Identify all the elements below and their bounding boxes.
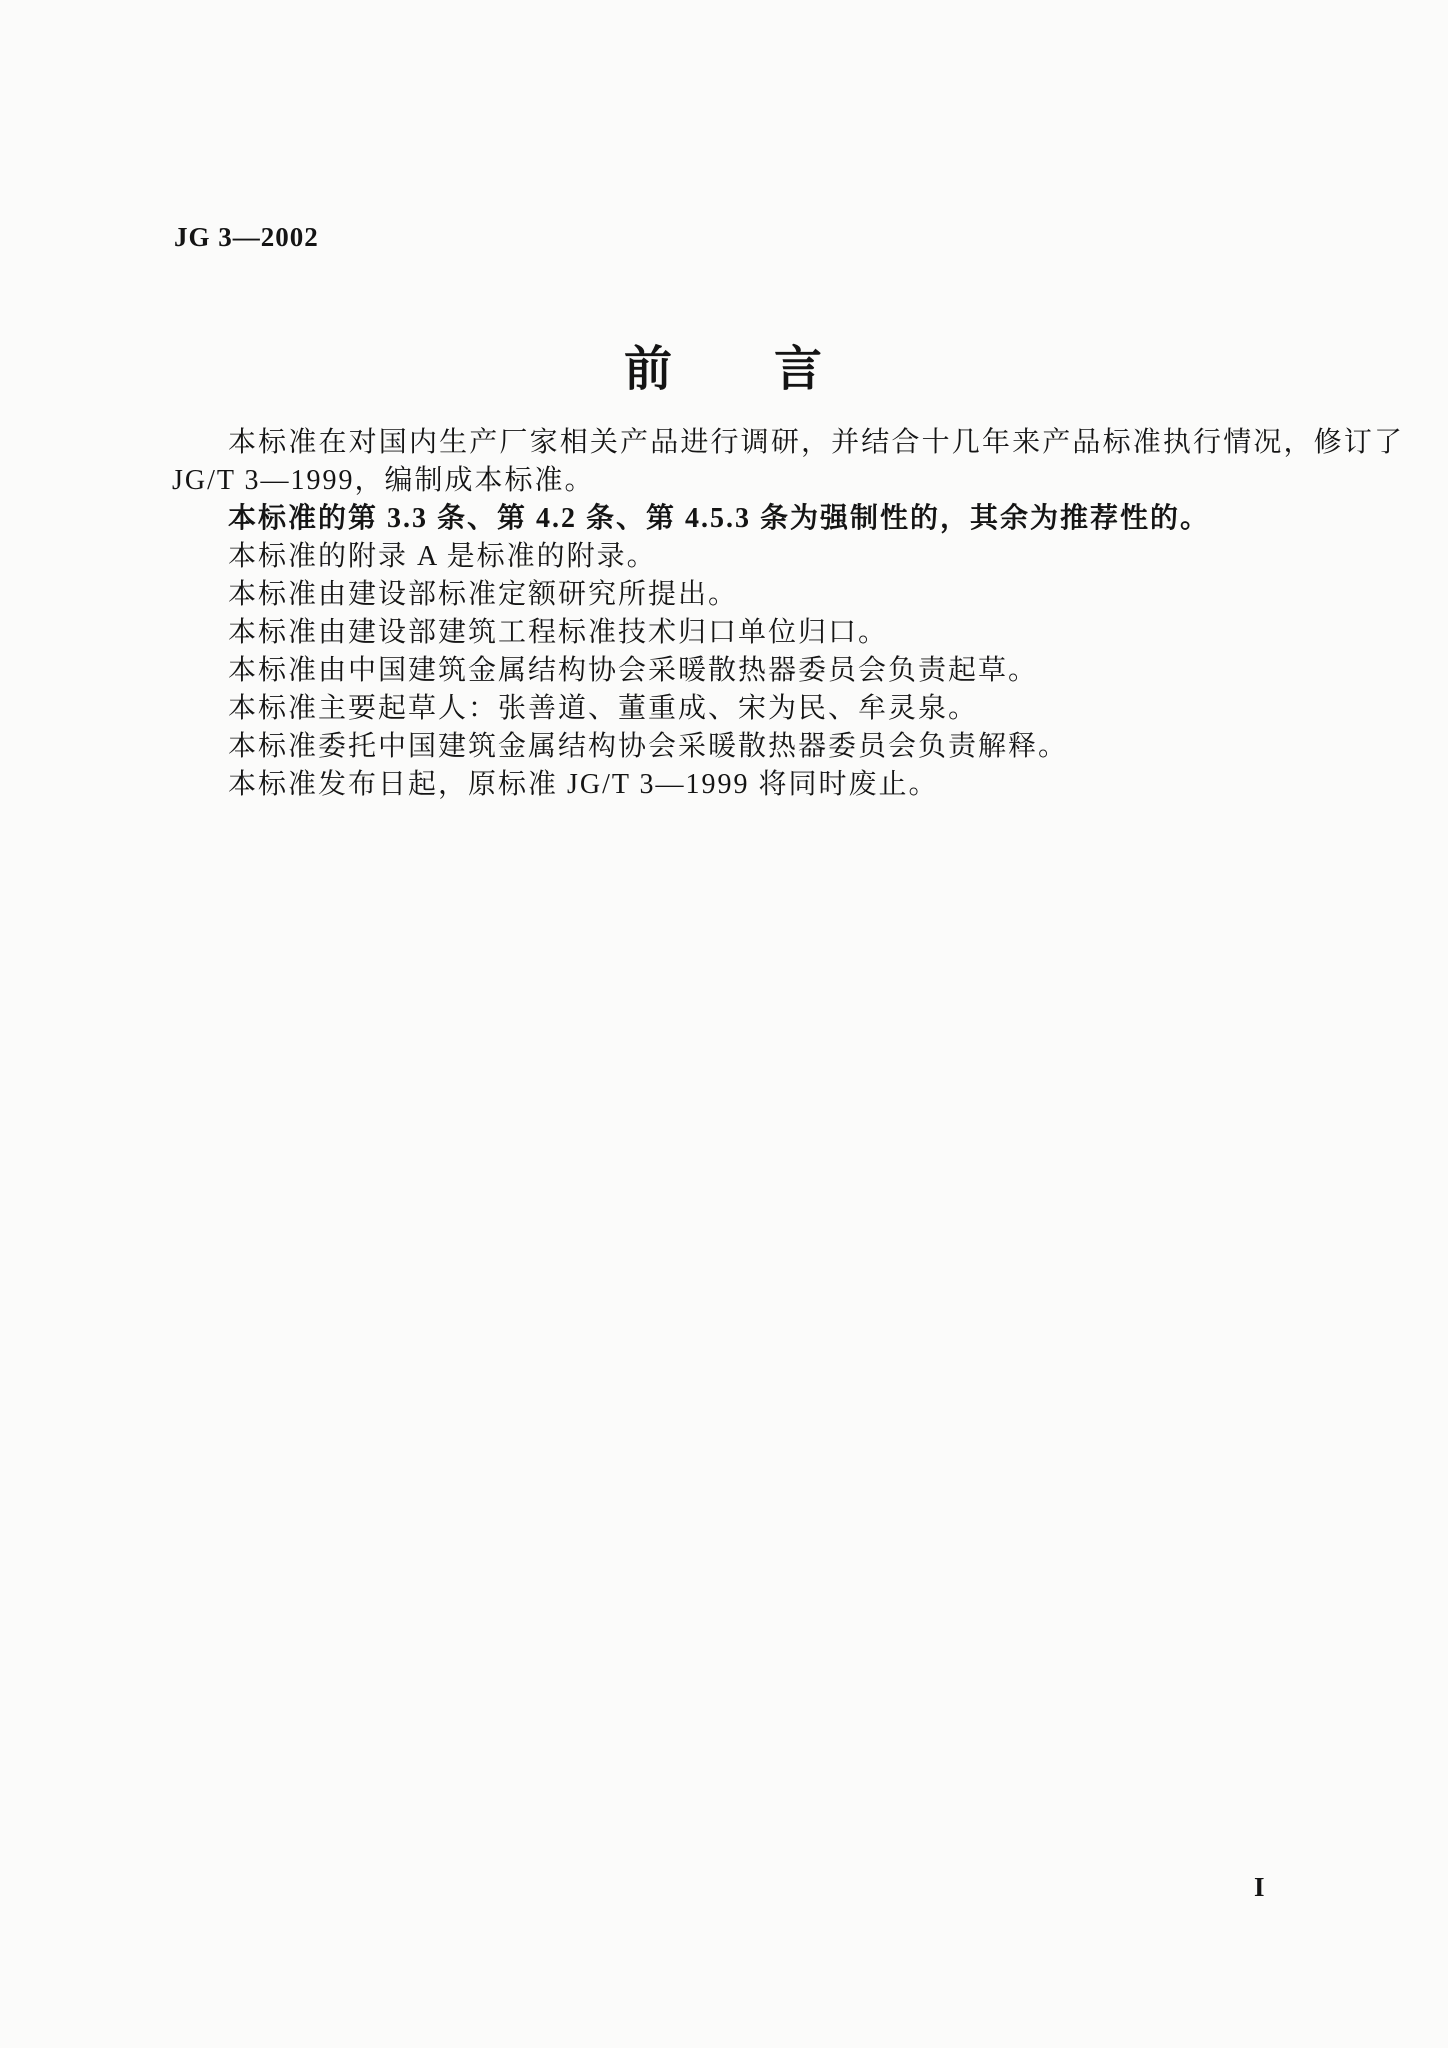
- standard-code: JG 3—2002: [174, 222, 319, 253]
- foreword-line: 本标准由建设部标准定额研究所提出。: [172, 576, 1404, 614]
- foreword-line: 本标准的附录 A 是标准的附录。: [172, 538, 1404, 576]
- foreword-line: 本标准委托中国建筑金属结构协会采暖散热器委员会负责解释。: [172, 728, 1404, 766]
- foreword-line: 本标准由建设部建筑工程标准技术归口单位归口。: [172, 614, 1404, 652]
- foreword-line: 本标准发布日起，原标准 JG/T 3—1999 将同时废止。: [172, 766, 1404, 804]
- foreword-body: 本标准在对国内生产厂家相关产品进行调研，并结合十几年来产品标准执行情况，修订了 …: [172, 424, 1404, 804]
- foreword-line: 本标准主要起草人：张善道、董重成、宋为民、牟灵泉。: [172, 690, 1404, 728]
- foreword-line: 本标准在对国内生产厂家相关产品进行调研，并结合十几年来产品标准执行情况，修订了: [172, 424, 1404, 462]
- page-number: I: [1254, 1872, 1266, 1903]
- foreword-line-mandatory-clauses: 本标准的第 3.3 条、第 4.2 条、第 4.5.3 条为强制性的，其余为推荐…: [172, 500, 1404, 538]
- document-page: JG 3—2002 前 言 本标准在对国内生产厂家相关产品进行调研，并结合十几年…: [0, 0, 1448, 2048]
- foreword-line: 本标准由中国建筑金属结构协会采暖散热器委员会负责起草。: [172, 652, 1404, 690]
- page-title: 前 言: [0, 330, 1448, 399]
- foreword-line: JG/T 3—1999，编制成本标准。: [172, 462, 1404, 500]
